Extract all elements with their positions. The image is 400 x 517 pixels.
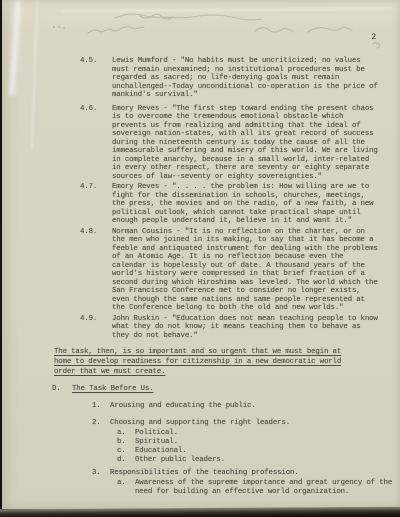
outline-item-number: 2. bbox=[92, 419, 110, 465]
quote-item-4-7: 4.7. Emory Reves - ". . . . the problem … bbox=[80, 183, 400, 226]
page-number: 2 bbox=[371, 34, 376, 43]
document-page: 2 4.5. Lewis Mumford - "No habits must b… bbox=[2, 0, 400, 509]
outline-subitem-2d: d. Other public leaders. bbox=[117, 456, 394, 465]
quote-item-4-8: 4.8. Norman Cousins - "It is no reflecti… bbox=[80, 228, 400, 313]
quote-number: 4.6. bbox=[80, 105, 112, 182]
subitem-number: c. bbox=[117, 447, 135, 456]
quote-item-4-5: 4.5. Lewis Mumford - "No habits must be … bbox=[80, 57, 400, 100]
quote-text: Emory Reves - ". . . . the problem is: H… bbox=[112, 183, 380, 226]
outline-item-number: 1. bbox=[92, 402, 110, 411]
scanner-background-edge bbox=[0, 507, 400, 517]
section-d-heading: D. The Task Before Us. bbox=[52, 385, 400, 394]
subitem-text: Political. bbox=[135, 429, 393, 438]
quote-text: Emory Reves - "The first step toward end… bbox=[112, 105, 380, 182]
outline-subitem-3a: a. Awareness of the supreme importance a… bbox=[117, 479, 394, 497]
quote-item-4-9: 4.9. John Ruskin - "Education does not m… bbox=[80, 315, 400, 341]
subitem-text: Other public leaders. bbox=[135, 456, 393, 465]
quote-number: 4.5. bbox=[80, 57, 112, 100]
section-title: The Task Before Us. bbox=[72, 385, 153, 394]
outline-item-text: Choosing and supporting the right leader… bbox=[110, 419, 394, 428]
outline-item-3: 3. Responsibilities of the teaching prof… bbox=[92, 469, 400, 497]
outline-item-1: 1. Arousing and educating the public. bbox=[92, 402, 400, 411]
outline-item-2: 2. Choosing and supporting the right lea… bbox=[92, 419, 400, 465]
section-letter: D. bbox=[52, 385, 72, 394]
quote-text: Norman Cousins - "It is no reflection on… bbox=[112, 228, 380, 313]
quote-number: 4.7. bbox=[80, 183, 112, 226]
outline-subitem-2c: c. Educational. bbox=[117, 447, 394, 456]
outline-item-number: 3. bbox=[92, 469, 110, 497]
quote-item-4-6: 4.6. Emory Reves - "The first step towar… bbox=[80, 105, 400, 182]
subitem-text: Spiritual. bbox=[135, 438, 393, 447]
quote-text: Lewis Mumford - "No habits must be uncri… bbox=[112, 57, 380, 100]
subitem-number: a. bbox=[117, 429, 135, 438]
quote-number: 4.9. bbox=[80, 315, 112, 341]
paper-top-fold bbox=[62, 8, 392, 13]
subitem-text: Educational. bbox=[135, 447, 393, 456]
quote-number: 4.8. bbox=[80, 228, 112, 313]
subitem-number: d. bbox=[117, 456, 135, 465]
page-content: 4.5. Lewis Mumford - "No habits must be … bbox=[2, 57, 400, 497]
outline-item-text: Arousing and educating the public. bbox=[110, 402, 394, 411]
outline-subitem-2a: a. Political. bbox=[117, 429, 394, 438]
subitem-number: a. bbox=[117, 479, 135, 497]
task-thesis-statement: The task, then, is so important and so u… bbox=[54, 347, 358, 377]
outline-item-text: Responsibilities of the teaching profess… bbox=[110, 469, 394, 478]
subitem-text: Awareness of the supreme importance and … bbox=[135, 479, 393, 497]
subitem-number: b. bbox=[117, 438, 135, 447]
quote-text: John Ruskin - "Education does not mean t… bbox=[112, 315, 380, 341]
outline-subitem-2b: b. Spiritual. bbox=[117, 438, 394, 447]
